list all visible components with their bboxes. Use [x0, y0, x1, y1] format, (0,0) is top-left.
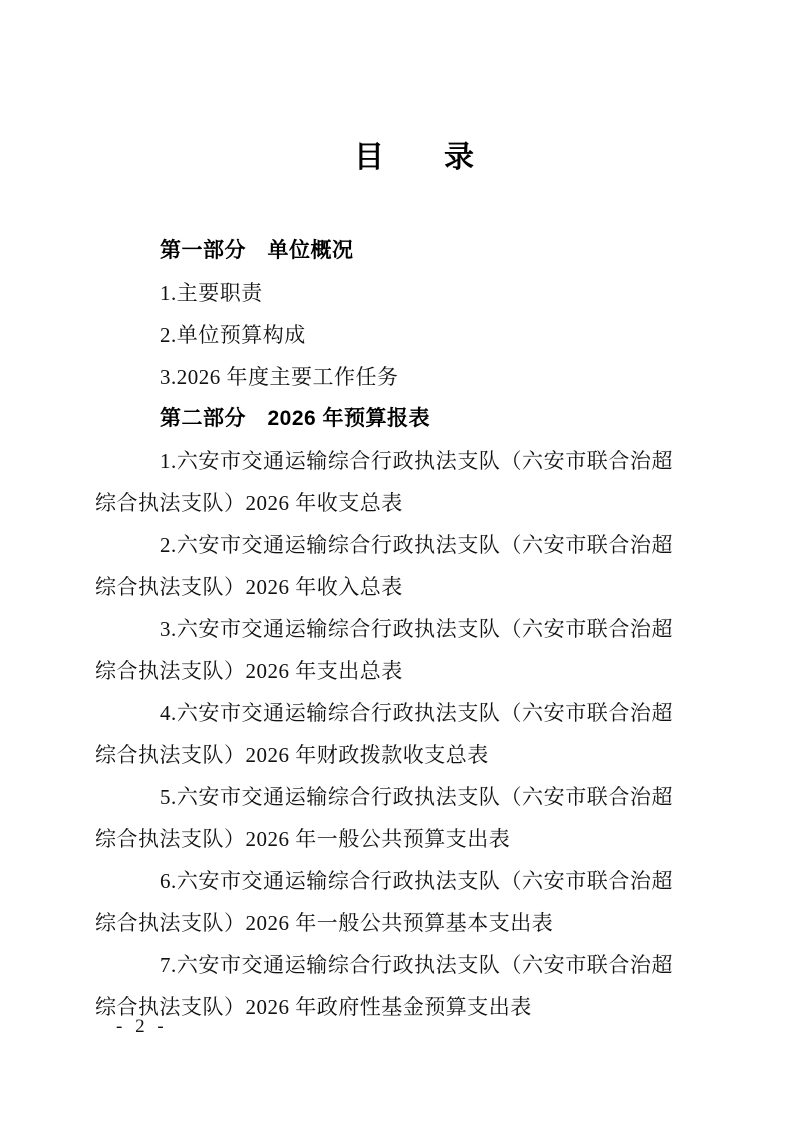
- document-title: 目 录: [95, 136, 673, 180]
- toc-item: 1.六安市交通运输综合行政执法支队（六安市联合治超综合执法支队）2026 年收支…: [95, 440, 673, 524]
- toc-content: 目 录 第一部分 单位概况 1.主要职责 2.单位预算构成 3.2026 年度主…: [95, 136, 673, 1028]
- toc-item: 2.六安市交通运输综合行政执法支队（六安市联合治超综合执法支队）2026 年收入…: [95, 524, 673, 608]
- toc-item: 5.六安市交通运输综合行政执法支队（六安市联合治超综合执法支队）2026 年一般…: [95, 776, 673, 860]
- toc-item: 4.六安市交通运输综合行政执法支队（六安市联合治超综合执法支队）2026 年财政…: [95, 692, 673, 776]
- toc-item: 7.六安市交通运输综合行政执法支队（六安市联合治超综合执法支队）2026 年政府…: [95, 944, 673, 1028]
- toc-item: 1.主要职责: [95, 272, 673, 314]
- toc-item: 6.六安市交通运输综合行政执法支队（六安市联合治超综合执法支队）2026 年一般…: [95, 860, 673, 944]
- toc-item: 3.2026 年度主要工作任务: [95, 356, 673, 398]
- section-heading-part2: 第二部分 2026 年预算报表: [95, 398, 673, 440]
- toc-item: 2.单位预算构成: [95, 314, 673, 356]
- section-heading-part1: 第一部分 单位概况: [95, 230, 673, 272]
- document-page: 目 录 第一部分 单位概况 1.主要职责 2.单位预算构成 3.2026 年度主…: [0, 0, 793, 1122]
- toc-item: 3.六安市交通运输综合行政执法支队（六安市联合治超综合执法支队）2026 年支出…: [95, 608, 673, 692]
- page-number: - 2 -: [116, 1016, 168, 1038]
